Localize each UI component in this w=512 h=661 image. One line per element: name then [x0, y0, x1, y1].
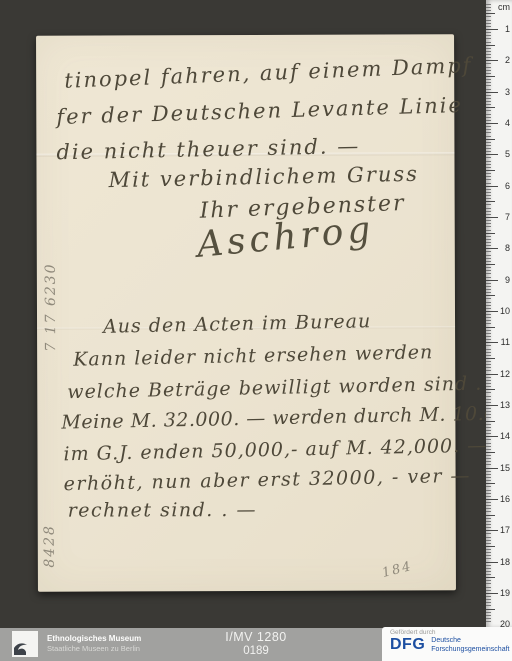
ruler-tick [486, 555, 491, 556]
ruler-label: 19 [500, 588, 510, 598]
handwritten-note-line: rechnet sind. . — [68, 499, 257, 522]
handwritten-note-line: Aus den Acten im Bureau [103, 310, 372, 338]
ruler-tick [486, 277, 491, 278]
ruler-tick [486, 63, 491, 64]
ruler-tick [486, 493, 491, 494]
inventory-id: I/MV 1280 [176, 630, 336, 645]
dfg-logo-icon: DFG [390, 637, 425, 653]
ruler-tick [486, 167, 491, 168]
ruler-tick [486, 239, 491, 240]
ruler-tick [486, 377, 491, 378]
handwritten-line: fer der Deutschen Levante Linie [56, 93, 463, 129]
ruler-tick [486, 132, 491, 133]
ruler-tick [486, 179, 491, 180]
ruler-tick [486, 530, 498, 531]
margin-annotation: 8428 [42, 524, 58, 568]
ruler-label: 10 [500, 306, 510, 316]
ruler-label: 6 [505, 181, 510, 191]
ruler-tick [486, 577, 495, 578]
handwritten-note-line: Meine M. 32.000. — werden durch M. 10.00… [61, 402, 512, 434]
ruler-tick [486, 32, 491, 33]
ruler-tick [486, 317, 491, 318]
ruler-tick [486, 333, 491, 334]
ruler-tick [486, 226, 491, 227]
museum-branding: Ethnologisches Museum Staatliche Museen … [12, 631, 141, 657]
ruler-tick [486, 458, 491, 459]
ruler-tick [486, 270, 491, 271]
ruler-tick [486, 339, 491, 340]
ruler-tick [486, 446, 491, 447]
ruler-tick [486, 439, 491, 440]
ruler-label: 4 [505, 118, 510, 128]
ruler-tick [486, 170, 495, 171]
ruler-tick [486, 537, 491, 538]
ruler-label: 7 [505, 212, 510, 222]
ruler-tick [486, 292, 491, 293]
dfg-name-line1: Deutsche [431, 637, 509, 646]
ruler-tick [486, 286, 491, 287]
ruler-tick [486, 389, 495, 390]
ruler-label: 14 [500, 431, 510, 441]
ruler-tick [486, 26, 491, 27]
ruler-tick [486, 302, 491, 303]
ruler-tick [486, 70, 491, 71]
ruler-tick [486, 471, 491, 472]
ruler-tick [486, 51, 491, 52]
ruler-tick [486, 255, 491, 256]
ruler-label: 15 [500, 463, 510, 473]
letter-paper: tinopel fahren, auf einem Dampf fer der … [36, 34, 456, 591]
ruler-tick [486, 95, 491, 96]
ruler-tick [486, 345, 491, 346]
ruler-label: 5 [505, 149, 510, 159]
ruler-tick [486, 139, 495, 140]
ruler-tick [486, 399, 491, 400]
funding-label: Gefördert durch [390, 629, 512, 636]
ruler-tick [486, 267, 491, 268]
ruler-tick [486, 13, 495, 14]
ruler-tick [486, 136, 491, 137]
ruler-tick [486, 499, 498, 500]
ruler-tick [486, 280, 498, 281]
ruler-tick [486, 248, 498, 249]
ruler-tick [486, 42, 491, 43]
ruler-tick [486, 29, 498, 30]
ruler-tick [486, 342, 498, 343]
ruler-tick [486, 605, 491, 606]
ruler-tick [486, 433, 491, 434]
ruler-tick [486, 502, 491, 503]
ruler-tick [486, 533, 491, 534]
ruler-tick [486, 157, 491, 158]
ruler-tick [486, 20, 491, 21]
ruler-label: 12 [500, 369, 510, 379]
ruler-tick [486, 374, 498, 375]
ruler-tick [486, 602, 491, 603]
ruler-label: 1 [505, 24, 510, 34]
ruler-tick [486, 76, 495, 77]
ruler-tick [486, 230, 491, 231]
ruler-label: 16 [500, 494, 510, 504]
ruler-tick [486, 574, 491, 575]
ruler-tick [486, 23, 491, 24]
ruler-tick [486, 477, 491, 478]
ruler-tick [486, 251, 491, 252]
ruler-tick [486, 323, 491, 324]
ruler-tick [486, 201, 495, 202]
margin-annotation: 7 17 6230 [43, 262, 59, 351]
dfg-funding-card: Gefördert durch DFG Deutsche Forschungsg… [382, 627, 512, 661]
ruler-tick [486, 183, 491, 184]
ruler-tick [486, 349, 491, 350]
ruler-tick [486, 386, 491, 387]
ruler-tick [486, 195, 491, 196]
inventory-number: I/MV 1280 0189 [176, 630, 336, 659]
ruler-tick [486, 45, 495, 46]
handwritten-closing: Mit verbindlichem Gruss [108, 162, 419, 192]
ruler-tick [486, 173, 491, 174]
ruler-tick [486, 449, 491, 450]
ruler-tick [486, 289, 491, 290]
ruler-tick [486, 424, 491, 425]
ruler-tick [486, 142, 491, 143]
ruler-tick [486, 549, 491, 550]
ruler-tick [486, 4, 491, 5]
ruler-tick [486, 16, 491, 17]
ruler-tick [486, 552, 491, 553]
dfg-name-line2: Forschungsgemeinschaft [431, 646, 509, 655]
ruler-label: 18 [500, 557, 510, 567]
ruler-tick [486, 104, 491, 105]
ruler-tick [486, 364, 491, 365]
ruler-tick [486, 590, 491, 591]
ruler-tick [486, 496, 491, 497]
ruler-tick [486, 242, 491, 243]
ruler-tick [486, 430, 491, 431]
ruler-tick [486, 298, 491, 299]
ruler-tick [486, 455, 491, 456]
ruler-tick [486, 417, 491, 418]
ruler-tick [486, 54, 491, 55]
ruler-tick [486, 145, 491, 146]
ruler-tick [486, 355, 491, 356]
ruler-tick [486, 464, 491, 465]
ruler-label: 13 [500, 400, 510, 410]
ruler-tick [486, 596, 491, 597]
ruler-tick [486, 480, 491, 481]
ruler-tick [486, 562, 498, 563]
ruler-tick [486, 383, 491, 384]
ruler-tick [486, 327, 495, 328]
ruler-tick [486, 540, 491, 541]
ruler-tick [486, 408, 491, 409]
ruler-tick [486, 154, 498, 155]
ruler-tick [486, 164, 491, 165]
ruler-tick [486, 117, 491, 118]
ruler-tick [486, 217, 498, 218]
ruler-tick [486, 508, 491, 509]
ruler-tick [486, 120, 491, 121]
ruler-label: 2 [505, 55, 510, 65]
ruler-tick [486, 85, 491, 86]
ruler-tick [486, 320, 491, 321]
ruler-tick [486, 220, 491, 221]
ruler-tick [486, 148, 491, 149]
ruler-tick [486, 245, 491, 246]
ruler-tick [486, 258, 491, 259]
ruler-tick [486, 101, 491, 102]
ruler-tick [486, 223, 491, 224]
ruler-tick [486, 483, 495, 484]
ruler-tick [486, 474, 491, 475]
ruler-tick [486, 352, 491, 353]
ruler-tick [486, 305, 491, 306]
ruler-tick [486, 57, 491, 58]
handwritten-note-line: welche Beträge bewilligt worden sind . [67, 373, 482, 404]
ruler-label: 17 [500, 525, 510, 535]
handwritten-note-line: erhöht, nun aber erst 32000, - ver — [63, 465, 471, 496]
ruler-tick [486, 38, 491, 39]
ruler-tick [486, 330, 491, 331]
ruler-tick [486, 505, 491, 506]
museum-org: Staatliche Museen zu Berlin [47, 644, 141, 653]
ruler-tick [486, 89, 491, 90]
ruler-tick [486, 98, 491, 99]
ruler-tick [486, 511, 491, 512]
handwritten-note-line: Kann leider nicht ersehen werden [73, 341, 434, 371]
ruler-tick [486, 358, 495, 359]
ruler-tick [486, 110, 491, 111]
ruler-tick [486, 114, 491, 115]
archive-scan-viewer: tinopel fahren, auf einem Dampf fer der … [0, 0, 512, 661]
ruler-tick [486, 571, 491, 572]
ruler-tick [486, 396, 491, 397]
ruler-tick [486, 211, 491, 212]
handwritten-note-line: im G.J. enden 50,000,- auf M. 42,000. — [63, 434, 487, 465]
ruler-tick [486, 176, 491, 177]
museum-name: Ethnologisches Museum [47, 634, 141, 644]
ruler-tick [486, 558, 491, 559]
ruler-tick [486, 126, 491, 127]
ruler-tick [486, 192, 491, 193]
ruler-tick [486, 392, 491, 393]
footer-bar: Ethnologisches Museum Staatliche Museen … [0, 628, 512, 661]
ruler-tick [486, 414, 491, 415]
ruler-tick [486, 67, 491, 68]
ruler-tick [486, 593, 498, 594]
ruler-label: 11 [501, 337, 510, 347]
ruler-tick [486, 233, 495, 234]
ruler-tick [486, 82, 491, 83]
ruler-tick [486, 261, 491, 262]
ruler-tick [486, 273, 491, 274]
ruler-tick [486, 214, 491, 215]
ruler-tick [486, 204, 491, 205]
ruler-tick [486, 599, 491, 600]
ruler-tick [486, 436, 498, 437]
ruler-tick [486, 370, 491, 371]
ruler-tick [486, 405, 498, 406]
ruler-tick [486, 189, 491, 190]
ruler-tick [486, 543, 491, 544]
ruler-tick [486, 609, 495, 610]
ruler-tick [486, 452, 495, 453]
ruler-tick [486, 7, 491, 8]
ruler-label: 9 [505, 275, 510, 285]
ruler-tick [486, 161, 491, 162]
ruler-tick [486, 518, 491, 519]
ruler-tick [486, 565, 491, 566]
ruler-tick [486, 618, 491, 619]
ruler: cm 1234567891011121314151617181920 [486, 0, 512, 628]
ruler-tick [486, 336, 491, 337]
ruler-tick [486, 208, 491, 209]
ruler-tick [486, 411, 491, 412]
handwritten-line: tinopel fahren, auf einem Dampf [64, 53, 473, 93]
ruler-tick [486, 583, 491, 584]
ruler-tick [486, 580, 491, 581]
ruler-tick [486, 443, 491, 444]
page-number-annotation: 184 [381, 559, 415, 581]
ruler-tick [486, 35, 491, 36]
ruler-tick [486, 521, 491, 522]
ruler-tick [486, 151, 491, 152]
ruler-tick [486, 198, 491, 199]
ruler-tick [486, 427, 491, 428]
ruler-tick [486, 311, 498, 312]
ruler-tick [486, 421, 495, 422]
ruler-tick [486, 461, 491, 462]
ruler-tick [486, 587, 491, 588]
ruler-tick [486, 123, 498, 124]
ruler-tick [486, 308, 491, 309]
ruler-tick [486, 568, 491, 569]
ruler-tick [486, 546, 495, 547]
ruler-tick [486, 490, 491, 491]
smb-logo-icon [12, 631, 38, 657]
ruler-tick [486, 524, 491, 525]
ruler-tick [486, 79, 491, 80]
ruler-tick [486, 621, 491, 622]
inventory-page: 0189 [176, 645, 336, 659]
ruler-tick [486, 380, 491, 381]
ruler-tick [486, 314, 491, 315]
ruler-tick [486, 612, 491, 613]
ruler-tick [486, 486, 491, 487]
ruler-tick [486, 527, 491, 528]
ruler-tick [486, 367, 491, 368]
ruler-tick [486, 10, 491, 11]
ruler-tick [486, 236, 491, 237]
ruler-tick [486, 92, 498, 93]
ruler-tick [486, 515, 495, 516]
ruler-tick [486, 295, 495, 296]
ruler-tick [486, 615, 491, 616]
ruler-tick [486, 48, 491, 49]
ruler-tick [486, 264, 495, 265]
handwritten-line: die nicht theuer sind. — [56, 134, 360, 164]
ruler-tick [486, 107, 495, 108]
ruler-tick [486, 186, 498, 187]
ruler-tick [486, 60, 498, 61]
ruler-unit-label: cm [498, 2, 510, 12]
ruler-tick [486, 73, 491, 74]
ruler-tick [486, 402, 491, 403]
ruler-label: 3 [505, 87, 510, 97]
ruler-tick [486, 468, 498, 469]
ruler-tick [486, 283, 491, 284]
ruler-label: 8 [505, 243, 510, 253]
ruler-tick [486, 361, 491, 362]
ruler-tick [486, 129, 491, 130]
